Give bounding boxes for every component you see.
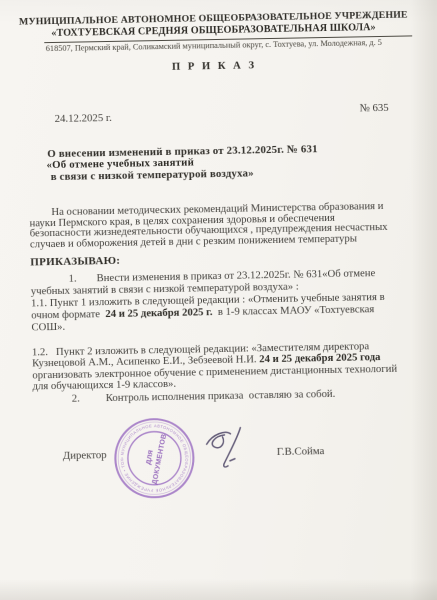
- signature-role-label: Директор: [63, 450, 107, 462]
- signature-stroke-tick: [230, 459, 235, 461]
- signature-name: Г.В.Сойма: [277, 446, 325, 458]
- scanned-page: МУНИЦИПАЛЬНОЕ АВТОНОМНОЕ ОБЩЕОБРАЗОВАТЕЛ…: [0, 0, 437, 600]
- item-1-1-line2-pre: очном формате: [31, 308, 105, 321]
- doc-type-heading: П Р И К А З: [0, 58, 433, 77]
- signature-stroke-flourish: [206, 432, 230, 444]
- item-2-number: 2.: [72, 393, 80, 404]
- signature-stroke-diagonal: [223, 428, 241, 467]
- item-1-2-line4: для обучающихся 1-9 классов».: [32, 379, 176, 392]
- order-number: № 635: [359, 103, 388, 114]
- item-1-1-line2-post: в 1-9 классах МАОУ «Тохтуевская: [212, 303, 374, 318]
- item-2-text: Контроль исполнения приказа оставляю за …: [106, 388, 336, 403]
- stamp-center-line1: для: [143, 449, 155, 466]
- order-document: МУНИЦИПАЛЬНОЕ АВТОНОМНОЕ ОБЩЕОБРАЗОВАТЕЛ…: [0, 0, 437, 600]
- item-1-1-dates-bold: 24 и 25 декабря 2025 г.: [105, 306, 212, 320]
- item-1-1-line3: СОШ».: [31, 321, 65, 332]
- subject-line-3: в связи с низкой температурой воздуха»: [51, 168, 254, 183]
- decree-word: ПРИКАЗЫВАЮ:: [30, 255, 120, 268]
- stamp-center-line2: ДОКУМЕНТОВ: [151, 433, 168, 485]
- official-stamp: • МУНИЦИПАЛЬНОЕ АВТОНОМНОЕ ОБЩЕОБРАЗОВАТ…: [112, 415, 197, 501]
- stamp-outer-ring: [115, 418, 194, 497]
- org-address: 618507, Пермский край, Соликамский муниц…: [0, 38, 432, 54]
- item-1-number: 1.: [68, 273, 76, 284]
- order-date: 24.12.2025 г.: [55, 113, 112, 125]
- director-signature: [196, 422, 255, 475]
